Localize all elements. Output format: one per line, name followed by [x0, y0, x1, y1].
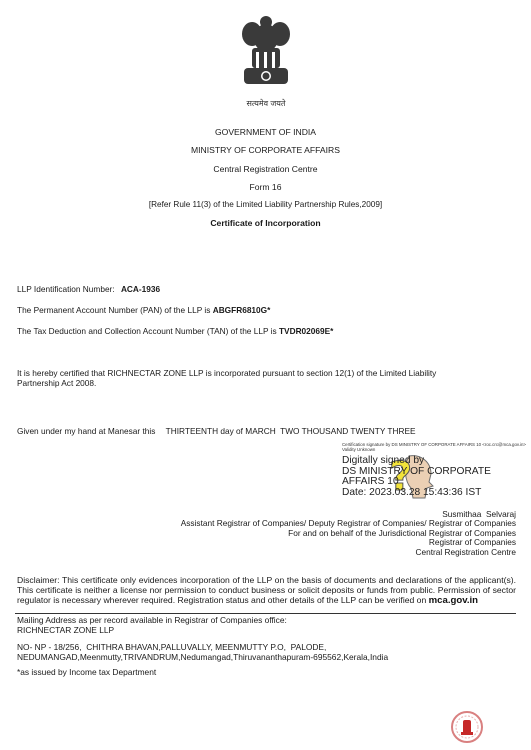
national-emblem-icon: [230, 12, 302, 92]
mca-seal: [450, 710, 484, 744]
digital-signature-block: Digitally signed by DS MINISTRY OF CORPO…: [342, 456, 491, 498]
mca-seal-icon: [450, 710, 484, 744]
header-form: Form 16: [0, 182, 531, 192]
pan-value: ABGFR6810G*: [213, 305, 271, 315]
pan-row: The Permanent Account Number (PAN) of th…: [17, 305, 270, 315]
signature-date: Date: 2023.03.28 15:43:36 IST: [342, 488, 491, 499]
tan-value: TVDR02069E*: [279, 326, 333, 336]
given-date-words: THIRTEENTH day of MARCH TWO THOUSAND TWE…: [166, 426, 416, 436]
signature-line-1: Digitally signed by: [342, 456, 491, 467]
certificate-title: Certificate of Incorporation: [0, 218, 531, 228]
header-rule-ref: [Refer Rule 11(3) of the Limited Liabili…: [0, 200, 531, 209]
registrar-centre: Central Registration Centre: [181, 548, 516, 557]
mca-link[interactable]: mca.gov.in: [429, 595, 478, 606]
mailing-name: RICHNECTAR ZONE LLP: [17, 626, 517, 636]
llpin-row: LLP Identification Number: ACA-1936: [17, 284, 160, 294]
registrar-block: Susmithaa Selvaraj Assistant Registrar o…: [181, 510, 516, 557]
mailing-address-block: Mailing Address as per record available …: [17, 616, 517, 678]
given-text: Given under my hand at Manesar this: [17, 426, 155, 436]
emblem-motto: सत्यमेव जयते: [230, 98, 302, 109]
header-ministry: MINISTRY OF CORPORATE AFFAIRS: [0, 145, 531, 155]
llpin-label: LLP Identification Number:: [17, 284, 115, 294]
disclaimer: Disclaimer: This certificate only eviden…: [17, 575, 516, 606]
tan-label: The Tax Deduction and Collection Account…: [17, 326, 277, 336]
divider: [15, 613, 516, 614]
certification-statement: It is hereby certified that RICHNECTAR Z…: [17, 369, 517, 388]
certification-line-2: Partnership Act 2008.: [17, 379, 517, 389]
header-centre: Central Registration Centre: [0, 164, 531, 174]
header-government: GOVERNMENT OF INDIA: [0, 127, 531, 137]
national-emblem: सत्यमेव जयते: [230, 12, 302, 104]
tan-row: The Tax Deduction and Collection Account…: [17, 326, 333, 336]
mailing-address-line-2: NEDUMANGAD,Meenmutty,TRIVANDRUM,Nedumang…: [17, 653, 517, 663]
llpin-value: ACA-1936: [121, 284, 160, 294]
footnote: *as issued by Income tax Department: [17, 668, 517, 678]
given-under-line: Given under my hand at Manesar this THIR…: [17, 426, 416, 436]
pan-label: The Permanent Account Number (PAN) of th…: [17, 305, 210, 315]
